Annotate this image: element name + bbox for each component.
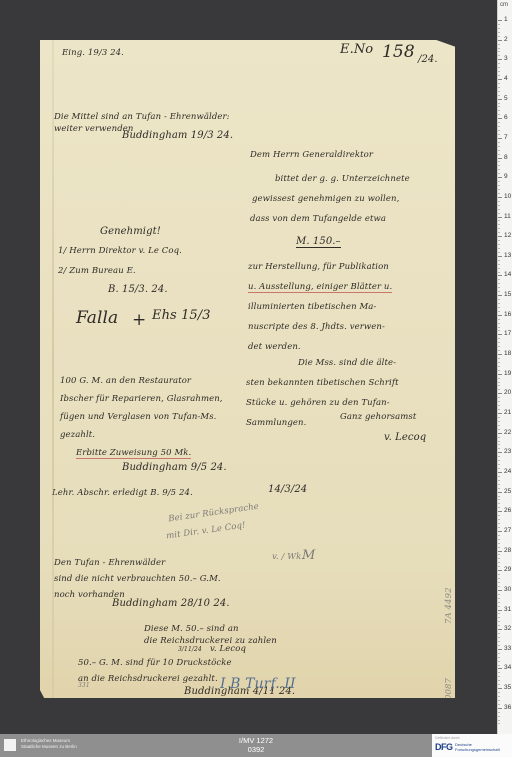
ruler-number: 36 <box>504 704 511 711</box>
ruler-major-tick <box>498 256 502 257</box>
letter-line-6: u. Ausstellung, einiger Blätter u. <box>248 282 392 293</box>
ruler-minor-tick <box>498 44 500 45</box>
remaining-signature: Buddingham 28/10 24. <box>112 598 230 609</box>
ruler-minor-tick <box>498 720 500 721</box>
ruler-minor-tick <box>498 613 500 614</box>
ruler-minor-tick <box>498 712 500 713</box>
dfg-logo-icon: DFG <box>435 742 453 752</box>
final-payment-line1: 50.– G. M. sind für 10 Druckstöcke <box>78 658 232 668</box>
corner-number: 331 <box>78 682 90 689</box>
pencil-note-line2: mit Dir. v. Le Coq! <box>166 520 247 541</box>
payment-line-1: 100 G. M. an den Restaurator <box>60 376 191 386</box>
ruler-minor-tick <box>498 260 500 261</box>
ruler-minor-tick <box>498 625 500 626</box>
top-note-line1: Die Mittel sind an Tufan - Ehrenwälder: <box>54 112 230 122</box>
ruler-major-tick <box>498 20 502 21</box>
ruler-minor-tick <box>498 350 500 351</box>
ruler-minor-tick <box>498 547 500 548</box>
ruler-number: 18 <box>504 350 511 357</box>
ruler-minor-tick <box>498 661 500 662</box>
ruler-minor-tick <box>498 103 500 104</box>
ruler-minor-tick <box>498 193 500 194</box>
ruler-minor-tick <box>498 641 500 642</box>
ruler-number: 20 <box>504 389 511 396</box>
ruler-minor-tick <box>498 503 500 504</box>
ruler-minor-tick <box>498 515 500 516</box>
ruler-minor-tick <box>498 362 500 363</box>
large-note-left: Falla <box>76 308 118 328</box>
ruler-minor-tick <box>498 342 500 343</box>
letter-line-5: zur Herstellung, für Publikation <box>248 262 389 272</box>
ruler-minor-tick <box>498 716 500 717</box>
archival-document: Eing. 19/3 24. E.No 158 /24. Die Mittel … <box>40 40 455 698</box>
ruler-minor-tick <box>498 598 500 599</box>
ruler-major-tick <box>498 354 502 355</box>
salutation: Dem Herrn Generaldirektor <box>250 150 373 160</box>
ruler-major-tick <box>498 197 502 198</box>
top-note-signature: Buddingham 19/3 24. <box>122 130 233 141</box>
ruler-major-tick <box>498 531 502 532</box>
ruler-minor-tick <box>498 48 500 49</box>
date-right: 14/3/24 <box>268 484 307 495</box>
ruler-number: 35 <box>504 684 511 691</box>
ruler-number: 2 <box>504 36 508 43</box>
ruler-minor-tick <box>498 248 500 249</box>
ruler-minor-tick <box>498 637 500 638</box>
ruler-minor-tick <box>498 468 500 469</box>
copy-note: Lehr. Abschr. erledigt B. 9/5 24. <box>52 488 193 498</box>
ruler-major-tick <box>498 118 502 119</box>
ruler-number: 6 <box>504 114 508 121</box>
ruler-major-tick <box>498 138 502 139</box>
ruler-number: 3 <box>504 55 508 62</box>
ruler-major-tick <box>498 393 502 394</box>
ruler-minor-tick <box>498 307 500 308</box>
ruler-minor-tick <box>498 71 500 72</box>
ruler-minor-tick <box>498 130 500 131</box>
ruler-number: 30 <box>504 586 511 593</box>
letter-line-9: det werden. <box>248 342 301 352</box>
final-note-signature: v. Lecoq <box>210 644 246 654</box>
ruler-minor-tick <box>498 602 500 603</box>
ruler-minor-tick <box>498 268 500 269</box>
approval-item-2: 2/ Zum Bureau E. <box>58 266 136 276</box>
ruler-minor-tick <box>498 95 500 96</box>
letter-line-10: Die Mss. sind die älte- <box>298 358 396 368</box>
letter-line-2: gewissest genehmigen zu wollen, <box>252 194 399 204</box>
ruler-number: 14 <box>504 271 511 278</box>
ruler-minor-tick <box>498 205 500 206</box>
ruler-minor-tick <box>498 444 500 445</box>
ruler-number: 32 <box>504 625 511 632</box>
ruler-number: 17 <box>504 330 511 337</box>
ruler-minor-tick <box>498 252 500 253</box>
ruler-minor-tick <box>498 378 500 379</box>
letter-line-3: dass von dem Tufangelde etwa <box>250 214 386 224</box>
ruler-number: 21 <box>504 409 511 416</box>
ruler-minor-tick <box>498 28 500 29</box>
ruler-major-tick <box>498 688 502 689</box>
ruler-minor-tick <box>498 535 500 536</box>
ruler-major-tick <box>498 668 502 669</box>
ruler-major-tick <box>498 511 502 512</box>
ruler-number: 1 <box>504 16 508 23</box>
ruler-minor-tick <box>498 55 500 56</box>
ruler-minor-tick <box>498 645 500 646</box>
receipt-date: Eing. 19/3 24. <box>62 48 124 58</box>
ruler-minor-tick <box>498 169 500 170</box>
ruler-minor-tick <box>498 338 500 339</box>
ruler-minor-tick <box>498 165 500 166</box>
amount: M. 150.– <box>296 236 341 248</box>
ruler-number: 19 <box>504 370 511 377</box>
ruler-minor-tick <box>498 456 500 457</box>
ruler-major-tick <box>498 79 502 80</box>
margin-number-bottom: 0087 <box>444 678 454 700</box>
ruler-minor-tick <box>498 154 500 155</box>
ruler-number: 13 <box>504 252 511 259</box>
ruler-minor-tick <box>498 657 500 658</box>
ruler-minor-tick <box>498 684 500 685</box>
ruler-number: 8 <box>504 154 508 161</box>
ruler-minor-tick <box>498 507 500 508</box>
large-note-plus: + <box>132 310 146 330</box>
ruler-minor-tick <box>498 460 500 461</box>
entry-ref-label: E.No <box>340 42 373 57</box>
ruler-major-tick <box>498 570 502 571</box>
payment-line-4: gezahlt. <box>60 430 95 440</box>
entry-year: /24. <box>418 54 438 65</box>
closing-signature: v. Lecoq <box>384 432 426 443</box>
ruler-number: 29 <box>504 566 511 573</box>
ruler-minor-tick <box>498 32 500 33</box>
ruler-minor-tick <box>498 142 500 143</box>
ruler-minor-tick <box>498 36 500 37</box>
letter-line-13: Sammlungen. <box>246 418 306 428</box>
ruler-minor-tick <box>498 185 500 186</box>
ruler-minor-tick <box>498 346 500 347</box>
ruler-major-tick <box>498 295 502 296</box>
ruler-major-tick <box>498 452 502 453</box>
ruler-minor-tick <box>498 527 500 528</box>
ruler-minor-tick <box>498 279 500 280</box>
payment-signature: Buddingham 9/5 24. <box>122 462 227 473</box>
ruler-major-tick <box>498 433 502 434</box>
ruler-minor-tick <box>498 496 500 497</box>
ruler-minor-tick <box>498 723 500 724</box>
ruler-number: 12 <box>504 232 511 239</box>
payment-line-5: Erbitte Zuweisung 50 Mk. <box>76 448 191 459</box>
letter-line-1: bittet der g. g. Unterzeichnete <box>275 174 410 184</box>
ruler-number: 27 <box>504 527 511 534</box>
ruler-minor-tick <box>498 240 500 241</box>
ruler-minor-tick <box>498 173 500 174</box>
pencil-initial-fraction: v. / Wk. <box>272 552 304 562</box>
ruler-number: 23 <box>504 448 511 455</box>
ruler-minor-tick <box>498 382 500 383</box>
ruler-minor-tick <box>498 75 500 76</box>
ruler-minor-tick <box>498 319 500 320</box>
remaining-line-2: sind die nicht verbrauchten 50.– G.M. <box>54 574 221 584</box>
ruler-minor-tick <box>498 700 500 701</box>
cm-ruler: cm 1234567891011121314151617181920212223… <box>497 0 512 734</box>
ruler-number: 26 <box>504 507 511 514</box>
ruler-major-tick <box>498 551 502 552</box>
ruler-minor-tick <box>498 291 500 292</box>
ruler-number: 22 <box>504 429 511 436</box>
letter-line-8: nuscripte des 8. Jhdts. verwen- <box>248 322 385 332</box>
ruler-minor-tick <box>498 51 500 52</box>
pencil-note-line1: Bei zur Rücksprache <box>168 502 260 525</box>
ruler-minor-tick <box>498 146 500 147</box>
ruler-major-tick <box>498 275 502 276</box>
final-note-line1: Diese M. 50.– sind an <box>144 624 239 634</box>
ruler-major-tick <box>498 177 502 178</box>
ruler-minor-tick <box>498 126 500 127</box>
ruler-minor-tick <box>498 476 500 477</box>
closing: Ganz gehorsamst <box>340 412 416 422</box>
ruler-minor-tick <box>498 303 500 304</box>
ruler-minor-tick <box>498 676 500 677</box>
ruler-minor-tick <box>498 311 500 312</box>
ruler-minor-tick <box>498 405 500 406</box>
ruler-minor-tick <box>498 621 500 622</box>
ruler-minor-tick <box>498 220 500 221</box>
ruler-minor-tick <box>498 606 500 607</box>
ruler-minor-tick <box>498 617 500 618</box>
ruler-major-tick <box>498 315 502 316</box>
ruler-minor-tick <box>498 150 500 151</box>
ruler-minor-tick <box>498 704 500 705</box>
pencil-initial-mark: M <box>302 548 315 563</box>
ruler-major-tick <box>498 99 502 100</box>
ruler-minor-tick <box>498 299 500 300</box>
ruler-major-tick <box>498 40 502 41</box>
ruler-major-tick <box>498 492 502 493</box>
ruler-minor-tick <box>498 543 500 544</box>
ruler-minor-tick <box>498 161 500 162</box>
ruler-minor-tick <box>498 327 500 328</box>
ruler-number: 15 <box>504 291 511 298</box>
ruler-minor-tick <box>498 484 500 485</box>
blue-pencil-mark: I B Turf. II <box>220 676 296 692</box>
ruler-minor-tick <box>498 189 500 190</box>
ruler-minor-tick <box>498 330 500 331</box>
ruler-minor-tick <box>498 209 500 210</box>
ruler-major-tick <box>498 610 502 611</box>
ruler-minor-tick <box>498 429 500 430</box>
ruler-minor-tick <box>498 224 500 225</box>
ruler-minor-tick <box>498 366 500 367</box>
letter-line-7: illuminierten tibetischen Ma- <box>248 302 376 312</box>
ruler-minor-tick <box>498 464 500 465</box>
ruler-minor-tick <box>498 213 500 214</box>
entry-number: 158 <box>382 42 415 62</box>
final-payment-line2: an die Reichsdruckerei gezahlt. <box>78 674 218 684</box>
ruler-minor-tick <box>498 586 500 587</box>
ruler-major-tick <box>498 472 502 473</box>
funded-by-label: Gefördert durch <box>435 736 460 740</box>
ruler-minor-tick <box>498 358 500 359</box>
ruler-minor-tick <box>498 134 500 135</box>
ruler-minor-tick <box>498 91 500 92</box>
ruler-major-tick <box>498 217 502 218</box>
letter-line-12: Stücke u. gehören zu den Tufan- <box>246 398 390 408</box>
ruler-minor-tick <box>498 87 500 88</box>
ruler-minor-tick <box>498 574 500 575</box>
ruler-minor-tick <box>498 448 500 449</box>
ruler-minor-tick <box>498 437 500 438</box>
ruler-minor-tick <box>498 633 500 634</box>
ruler-minor-tick <box>498 441 500 442</box>
ruler-minor-tick <box>498 264 500 265</box>
ruler-major-tick <box>498 649 502 650</box>
ruler-minor-tick <box>498 562 500 563</box>
ruler-number: 33 <box>504 645 511 652</box>
ruler-minor-tick <box>498 24 500 25</box>
ruler-minor-tick <box>498 578 500 579</box>
ruler-number: 11 <box>504 213 511 220</box>
ruler-major-tick <box>498 158 502 159</box>
ruler-minor-tick <box>498 283 500 284</box>
ruler-minor-tick <box>498 389 500 390</box>
ruler-major-tick <box>498 374 502 375</box>
ruler-minor-tick <box>498 558 500 559</box>
payment-line-3: fügen und Verglasen von Tufan-Ms. <box>60 412 216 422</box>
ruler-major-tick <box>498 236 502 237</box>
ruler-minor-tick <box>498 417 500 418</box>
ruler-number: 25 <box>504 488 511 495</box>
dfg-badge: Gefördert durch DFG Deutsche Forschungsg… <box>432 734 512 757</box>
final-note-date: 3/11/24 <box>178 646 202 653</box>
margin-number-vertical: 7A 4492 <box>444 587 454 624</box>
ruler-major-tick <box>498 629 502 630</box>
ruler-minor-tick <box>498 488 500 489</box>
ruler-minor-tick <box>498 594 500 595</box>
ruler-minor-tick <box>498 370 500 371</box>
ruler-minor-tick <box>498 63 500 64</box>
ruler-number: 4 <box>504 75 508 82</box>
ruler-minor-tick <box>498 323 500 324</box>
ruler-number: 34 <box>504 664 511 671</box>
ruler-major-tick <box>498 413 502 414</box>
ruler-minor-tick <box>498 566 500 567</box>
ruler-number: 24 <box>504 468 511 475</box>
ruler-minor-tick <box>498 409 500 410</box>
ruler-minor-tick <box>498 582 500 583</box>
remaining-line-1: Den Tufan - Ehrenwälder <box>54 558 165 568</box>
ruler-major-tick <box>498 708 502 709</box>
ruler-number: 16 <box>504 311 511 318</box>
ruler-minor-tick <box>498 499 500 500</box>
ruler-number: 5 <box>504 95 508 102</box>
ruler-minor-tick <box>498 696 500 697</box>
footer-bar: Ethnologisches Museum Staatliche Museen … <box>0 734 512 757</box>
ruler-minor-tick <box>498 397 500 398</box>
ruler-minor-tick <box>498 244 500 245</box>
large-note-right: Ehs 15/3 <box>152 308 211 323</box>
ruler-minor-tick <box>498 114 500 115</box>
ruler-minor-tick <box>498 539 500 540</box>
ruler-minor-tick <box>498 232 500 233</box>
ruler-minor-tick <box>498 653 500 654</box>
ruler-number: 31 <box>504 606 511 613</box>
ruler-minor-tick <box>498 106 500 107</box>
ruler-minor-tick <box>498 692 500 693</box>
ruler-minor-tick <box>498 421 500 422</box>
ruler-minor-tick <box>498 401 500 402</box>
dfg-line-2: Forschungsgemeinschaft <box>455 747 500 752</box>
ruler-minor-tick <box>498 181 500 182</box>
ruler-minor-tick <box>498 554 500 555</box>
ruler-minor-tick <box>498 680 500 681</box>
ruler-minor-tick <box>498 83 500 84</box>
approval-item-1: 1/ Herrn Direktor v. Le Coq. <box>58 246 182 256</box>
ruler-minor-tick <box>498 287 500 288</box>
ruler-minor-tick <box>498 228 500 229</box>
ruler-minor-tick <box>498 425 500 426</box>
ruler-minor-tick <box>498 519 500 520</box>
ruler-minor-tick <box>498 480 500 481</box>
ruler-minor-tick <box>498 523 500 524</box>
payment-line-2: Ibscher für Reparieren, Glasrahmen, <box>60 394 223 404</box>
letter-line-11: sten bekannten tibetischen Schrift <box>246 378 399 388</box>
ruler-major-tick <box>498 59 502 60</box>
ruler-minor-tick <box>498 201 500 202</box>
ruler-major-tick <box>498 334 502 335</box>
approval-title: Genehmigt! <box>100 226 161 237</box>
approval-ref: B. 15/3. 24. <box>108 284 168 295</box>
ruler-minor-tick <box>498 272 500 273</box>
ruler-number: 28 <box>504 547 511 554</box>
dfg-full-name: Deutsche Forschungsgemeinschaft <box>455 742 500 752</box>
ruler-minor-tick <box>498 122 500 123</box>
ruler-minor-tick <box>498 665 500 666</box>
ruler-minor-tick <box>498 110 500 111</box>
ruler-minor-tick <box>498 67 500 68</box>
ruler-number: 9 <box>504 173 508 180</box>
ruler-major-tick <box>498 590 502 591</box>
ruler-number: 10 <box>504 193 511 200</box>
ruler-minor-tick <box>498 672 500 673</box>
ruler-number: 7 <box>504 134 508 141</box>
ruler-minor-tick <box>498 385 500 386</box>
ruler-unit: cm <box>500 2 508 8</box>
